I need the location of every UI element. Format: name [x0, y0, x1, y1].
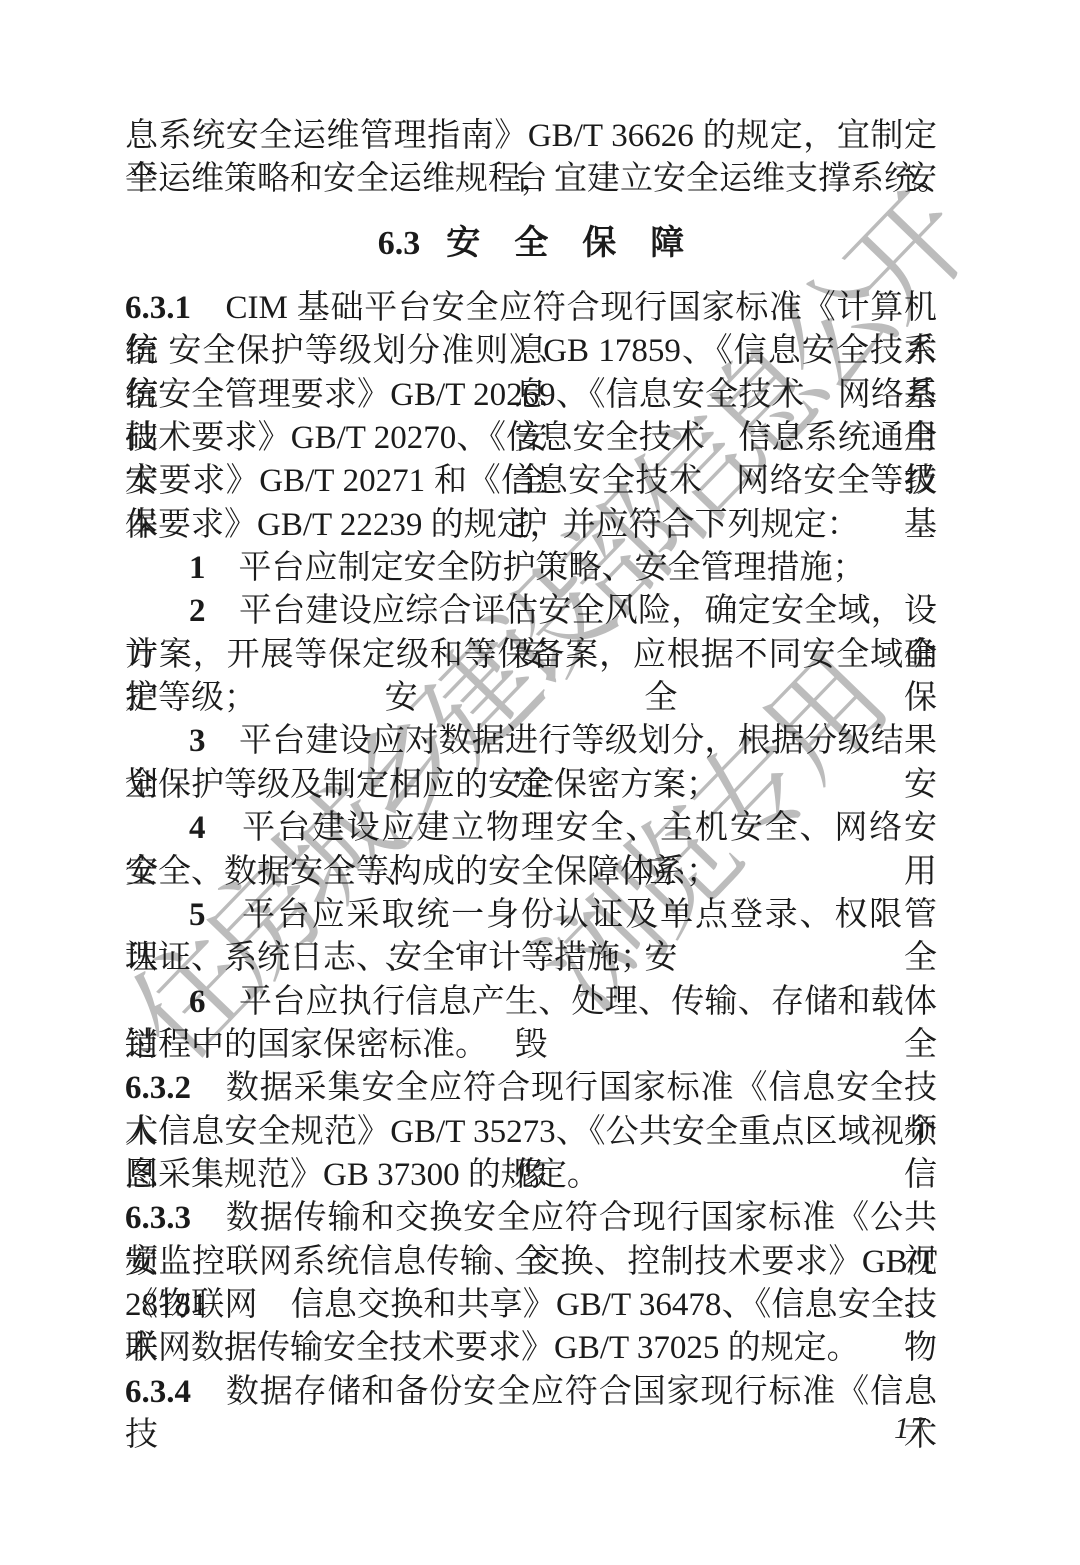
- text-run: 平台应制定安全防护策略、安全管理措施；: [206, 550, 866, 586]
- bold-run: 6.3.4: [125, 1374, 191, 1410]
- text-line: 息系统安全运维管理指南》GB/T 36626 的规定，宜制定平台安: [125, 115, 937, 158]
- text-line: 6.3.2 数据采集安全应符合现行国家标准《信息安全技术 个: [125, 1067, 937, 1110]
- bold-run: 6.3.1: [125, 290, 191, 326]
- section-heading: 6.3安 全 保 障: [125, 222, 937, 265]
- bold-run: 安 全 保 障: [446, 225, 684, 262]
- bold-run: 6.3: [378, 225, 421, 262]
- text-run: 安全、数据安全等构成的安全保障体系；: [125, 854, 719, 890]
- text-line: 全运维策略和安全运维规程，宜建立安全运维支撑系统。: [125, 158, 937, 201]
- text-line: 6.3.4 数据存储和备份安全应符合国家现行标准《信息技术: [125, 1371, 937, 1414]
- document-page: 住房城乡建设部信息公开 浏览专用 息系统安全运维管理指南》GB/T 36626 …: [0, 0, 1080, 1565]
- text-line: 6.3.3 数据传输和交换安全应符合现行国家标准《公共安全视: [125, 1197, 937, 1240]
- text-line: 6 平台应执行信息产生、处理、传输、存储和载体销毁全: [125, 981, 937, 1024]
- text-run: 护等级；: [125, 680, 257, 716]
- text-line: 术要求》GB/T 20271 和《信息安全技术 网络安全等级保护基: [125, 460, 937, 503]
- text-run: 全运维策略和安全运维规程，宜建立安全运维支撑系统。: [125, 161, 950, 197]
- text-line: 4 平台建设应建立物理安全、主机安全、网络安全、应用: [125, 807, 937, 850]
- text-run: 联网数据传输安全技术要求》GB/T 37025 的规定。: [125, 1330, 860, 1366]
- text-line: 统安全管理要求》GB/T 20269、《信息安全技术 网络基础安全: [125, 374, 937, 417]
- text-line: 方案，开展等保定级和等保备案，应根据不同安全域确定安全保: [125, 634, 937, 677]
- text-line: 统 安全保护等级划分准则》GB 17859、《信息安全技术 信息系: [125, 330, 937, 373]
- bold-run: 4: [189, 810, 206, 846]
- text-line: 本要求》GB/T 22239 的规定，并应符合下列规定：: [125, 504, 937, 547]
- text-line: 6.3.1 CIM 基础平台安全应符合现行国家标准《计算机信息系: [125, 287, 937, 330]
- text-line: 3 平台建设应对数据进行等级划分，根据分级结果划定安: [125, 720, 937, 763]
- text-run: 息采集规范》GB 37300 的规定。: [125, 1157, 600, 1193]
- text-line: 《物联网 信息交换和共享》GB/T 36478、《信息安全技术 物: [125, 1284, 937, 1327]
- bold-run: 3: [189, 723, 206, 759]
- page-number: 17: [894, 1410, 925, 1446]
- text-line: 5 平台应采取统一身份认证及单点登录、权限管理、安全: [125, 894, 937, 937]
- text-line: 人信息安全规范》GB/T 35273、《公共安全重点区域视频图像信: [125, 1111, 937, 1154]
- bold-run: 6: [189, 984, 206, 1020]
- bold-run: 5: [189, 897, 206, 933]
- text-run: 认证、系统日志、安全审计等措施；: [125, 940, 653, 976]
- text-run: 本要求》GB/T 22239 的规定，并应符合下列规定：: [125, 507, 860, 543]
- bold-run: 6.3.2: [125, 1070, 191, 1106]
- text-line: 联网数据传输安全技术要求》GB/T 37025 的规定。: [125, 1327, 937, 1370]
- text-run: 数据存储和备份安全应符合国家现行标准《信息技术: [125, 1374, 937, 1453]
- page-content: 息系统安全运维管理指南》GB/T 36626 的规定，宜制定平台安全运维策略和安…: [125, 115, 937, 1414]
- text-line: 2 平台建设应综合评估安全风险，确定安全域，设计安全: [125, 590, 937, 633]
- text-line: 技术要求》GB/T 20270、《信息安全技术 信息系统通用安全技: [125, 417, 937, 460]
- bold-run: 2: [189, 593, 206, 629]
- text-line: 频监控联网系统信息传输、交换、控制技术要求》GB/T 28181、: [125, 1241, 937, 1284]
- bold-run: 6.3.3: [125, 1200, 191, 1236]
- bold-run: 1: [189, 550, 206, 586]
- text-run: 全保护等级及制定相应的安全保密方案；: [125, 767, 719, 803]
- text-run: 过程中的国家保密标准。: [125, 1027, 488, 1063]
- text-line: 1 平台应制定安全防护策略、安全管理措施；: [125, 547, 937, 590]
